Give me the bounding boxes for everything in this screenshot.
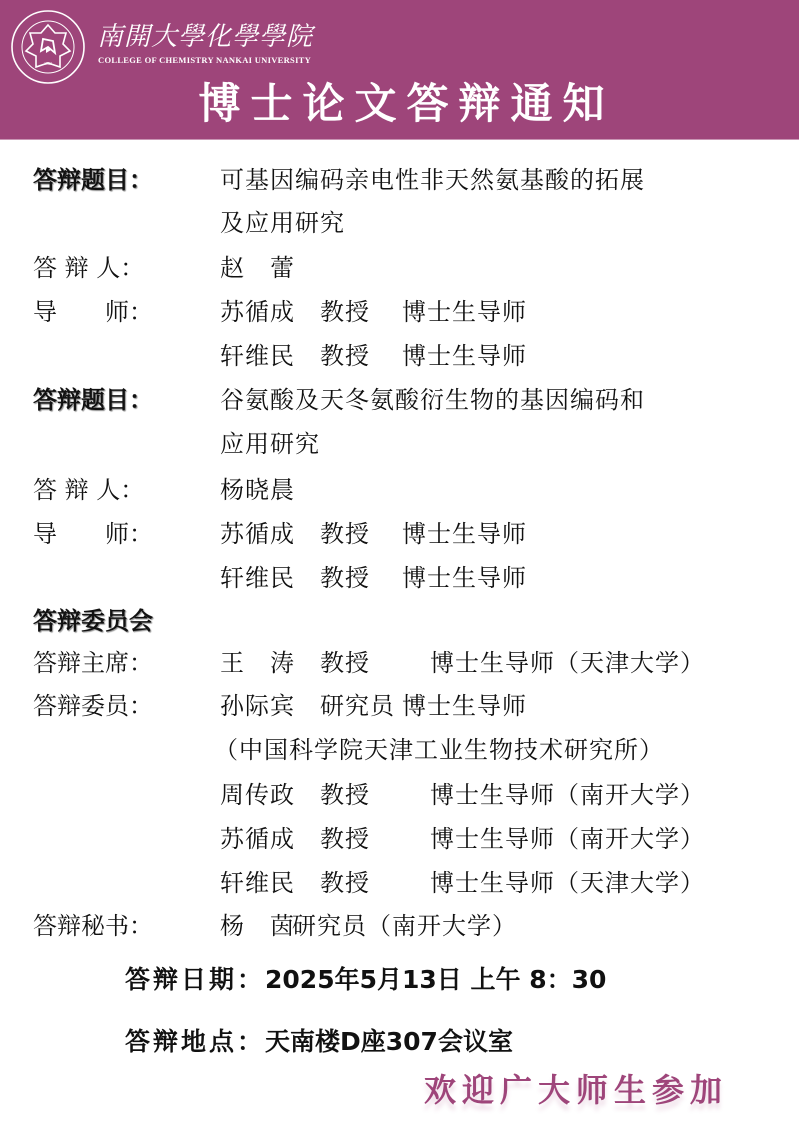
member-entry: 轩维民教授博士生导师（天津大学） (220, 865, 705, 901)
header-banner: 1923 南開大學化學學院 COLLEGE OF CHEMISTRY NANKA… (0, 0, 799, 139)
place-value: 天南楼D座307会议室 (265, 1027, 513, 1056)
candidate-name: 赵 蕾 (220, 250, 295, 286)
member-entry: 苏循成教授博士生导师（南开大学） (220, 821, 705, 857)
member-name: 苏循成 (220, 821, 300, 857)
advisor-name: 轩维民 (220, 338, 300, 374)
advisor-entry: 苏循成教授博士生导师 (220, 516, 527, 552)
member-role: 博士生导师 (402, 688, 527, 724)
advisor-label: 导 师： (33, 516, 153, 552)
advisor-name: 苏循成 (220, 294, 300, 330)
topic-value-cont: 应用研究 (220, 426, 320, 462)
committee-member-row: 苏循成教授博士生导师（南开大学） (0, 821, 799, 857)
advisor-role: 博士生导师 (402, 338, 527, 374)
college-seal-icon: 1923 (10, 9, 86, 85)
secretary-title: 研究员 (292, 908, 367, 944)
header-divider (0, 139, 799, 140)
member-role: 博士生导师（南开大学） (430, 777, 705, 813)
chair-title: 教授 (320, 645, 430, 681)
advisor-title: 教授 (320, 516, 402, 552)
candidate-label: 答 辩 人： (33, 250, 144, 286)
defense-1-advisor-row-2: 轩维民教授博士生导师 (0, 338, 799, 374)
chair-entry: 王 涛教授博士生导师（天津大学） (220, 645, 705, 681)
committee-member-row: 周传政教授博士生导师（南开大学） (0, 777, 799, 813)
topic-value: 可基因编码亲电性非天然氨基酸的拓展 (220, 162, 645, 198)
advisor-role: 博士生导师 (402, 294, 527, 330)
member-role: 博士生导师（南开大学） (430, 821, 705, 857)
defense-place: 答辩地点：天南楼D座307会议室 (125, 1024, 513, 1060)
member-entry: 周传政教授博士生导师（南开大学） (220, 777, 705, 813)
candidate-name: 杨晓晨 (220, 472, 295, 508)
members-label: 答辩委员： (33, 688, 153, 724)
committee-heading-row: 答辩委员会 (0, 603, 799, 639)
committee-chair-row: 答辩主席： 王 涛教授博士生导师（天津大学） (0, 645, 799, 681)
advisor-name: 苏循成 (220, 516, 300, 552)
secretary-name: 杨 茵 (220, 908, 282, 944)
advisor-title: 教授 (320, 560, 402, 596)
secretary-affiliation: （南开大学） (367, 908, 517, 944)
committee-member-row: 轩维民教授博士生导师（天津大学） (0, 865, 799, 901)
welcome-message: 欢迎广大师生参加 (424, 1068, 728, 1112)
advisor-role: 博士生导师 (402, 560, 527, 596)
committee-member-affiliation-row: （中国科学院天津工业生物技术研究所） (0, 732, 799, 768)
topic-label: 答辩题目： (33, 382, 153, 418)
defense-1-advisor-row: 导 师： 苏循成教授博士生导师 (0, 294, 799, 330)
defense-2-candidate-row: 答 辩 人： 杨晓晨 (0, 472, 799, 508)
date-label: 答辩日期： (125, 965, 265, 994)
committee-heading: 答辩委员会 (33, 603, 153, 639)
topic-value-cont: 及应用研究 (220, 205, 345, 241)
defense-2-advisor-row-2: 轩维民教授博士生导师 (0, 560, 799, 596)
defense-2-topic-row-2: 应用研究 (0, 426, 799, 462)
page-title: 博士论文答辩通知 (0, 78, 799, 130)
committee-secretary-row: 答辩秘书： 杨 茵研究员（南开大学） (0, 908, 799, 944)
member-entry: 孙际宾研究员博士生导师 (220, 688, 527, 724)
secretary-label: 答辩秘书： (33, 908, 153, 944)
advisor-entry: 轩维民教授博士生导师 (220, 338, 527, 374)
advisor-role: 博士生导师 (402, 516, 527, 552)
member-title: 教授 (320, 865, 430, 901)
member-affiliation: （中国科学院天津工业生物技术研究所） (214, 732, 664, 768)
member-title: 教授 (320, 821, 430, 857)
topic-label: 答辩题目： (33, 162, 153, 198)
defense-2-advisor-row: 导 师： 苏循成教授博士生导师 (0, 516, 799, 552)
advisor-title: 教授 (320, 294, 402, 330)
chair-role: 博士生导师（天津大学） (430, 645, 705, 681)
chair-name: 王 涛 (220, 645, 300, 681)
member-name: 轩维民 (220, 865, 300, 901)
member-name: 孙际宾 (220, 688, 300, 724)
college-name-cn: 南開大學化學學院 (97, 22, 313, 52)
member-name: 周传政 (220, 777, 300, 813)
candidate-label: 答 辩 人： (33, 472, 144, 508)
committee-member-row: 答辩委员： 孙际宾研究员博士生导师 (0, 688, 799, 724)
advisor-name: 轩维民 (220, 560, 300, 596)
advisor-entry: 轩维民教授博士生导师 (220, 560, 527, 596)
svg-text:1923: 1923 (44, 61, 52, 66)
advisor-title: 教授 (320, 338, 402, 374)
place-label: 答辩地点： (125, 1027, 265, 1056)
defense-1-topic-row: 答辩题目： 可基因编码亲电性非天然氨基酸的拓展 (0, 162, 799, 198)
topic-value: 谷氨酸及天冬氨酸衍生物的基因编码和 (220, 382, 645, 418)
defense-1-topic-row-2: 及应用研究 (0, 205, 799, 241)
chair-label: 答辩主席： (33, 645, 153, 681)
defense-date: 答辩日期：2025年5月13日 上午 8：30 (125, 962, 606, 998)
member-role: 博士生导师（天津大学） (430, 865, 705, 901)
member-title: 教授 (320, 777, 430, 813)
advisor-entry: 苏循成教授博士生导师 (220, 294, 527, 330)
advisor-label: 导 师： (33, 294, 153, 330)
member-title: 研究员 (320, 688, 402, 724)
secretary-entry: 杨 茵研究员（南开大学） (220, 908, 517, 944)
date-value: 2025年5月13日 上午 8：30 (265, 965, 606, 994)
defense-1-candidate-row: 答 辩 人： 赵 蕾 (0, 250, 799, 286)
college-name-en: COLLEGE OF CHEMISTRY NANKAI UNIVERSITY (98, 55, 311, 65)
defense-2-topic-row: 答辩题目： 谷氨酸及天冬氨酸衍生物的基因编码和 (0, 382, 799, 418)
